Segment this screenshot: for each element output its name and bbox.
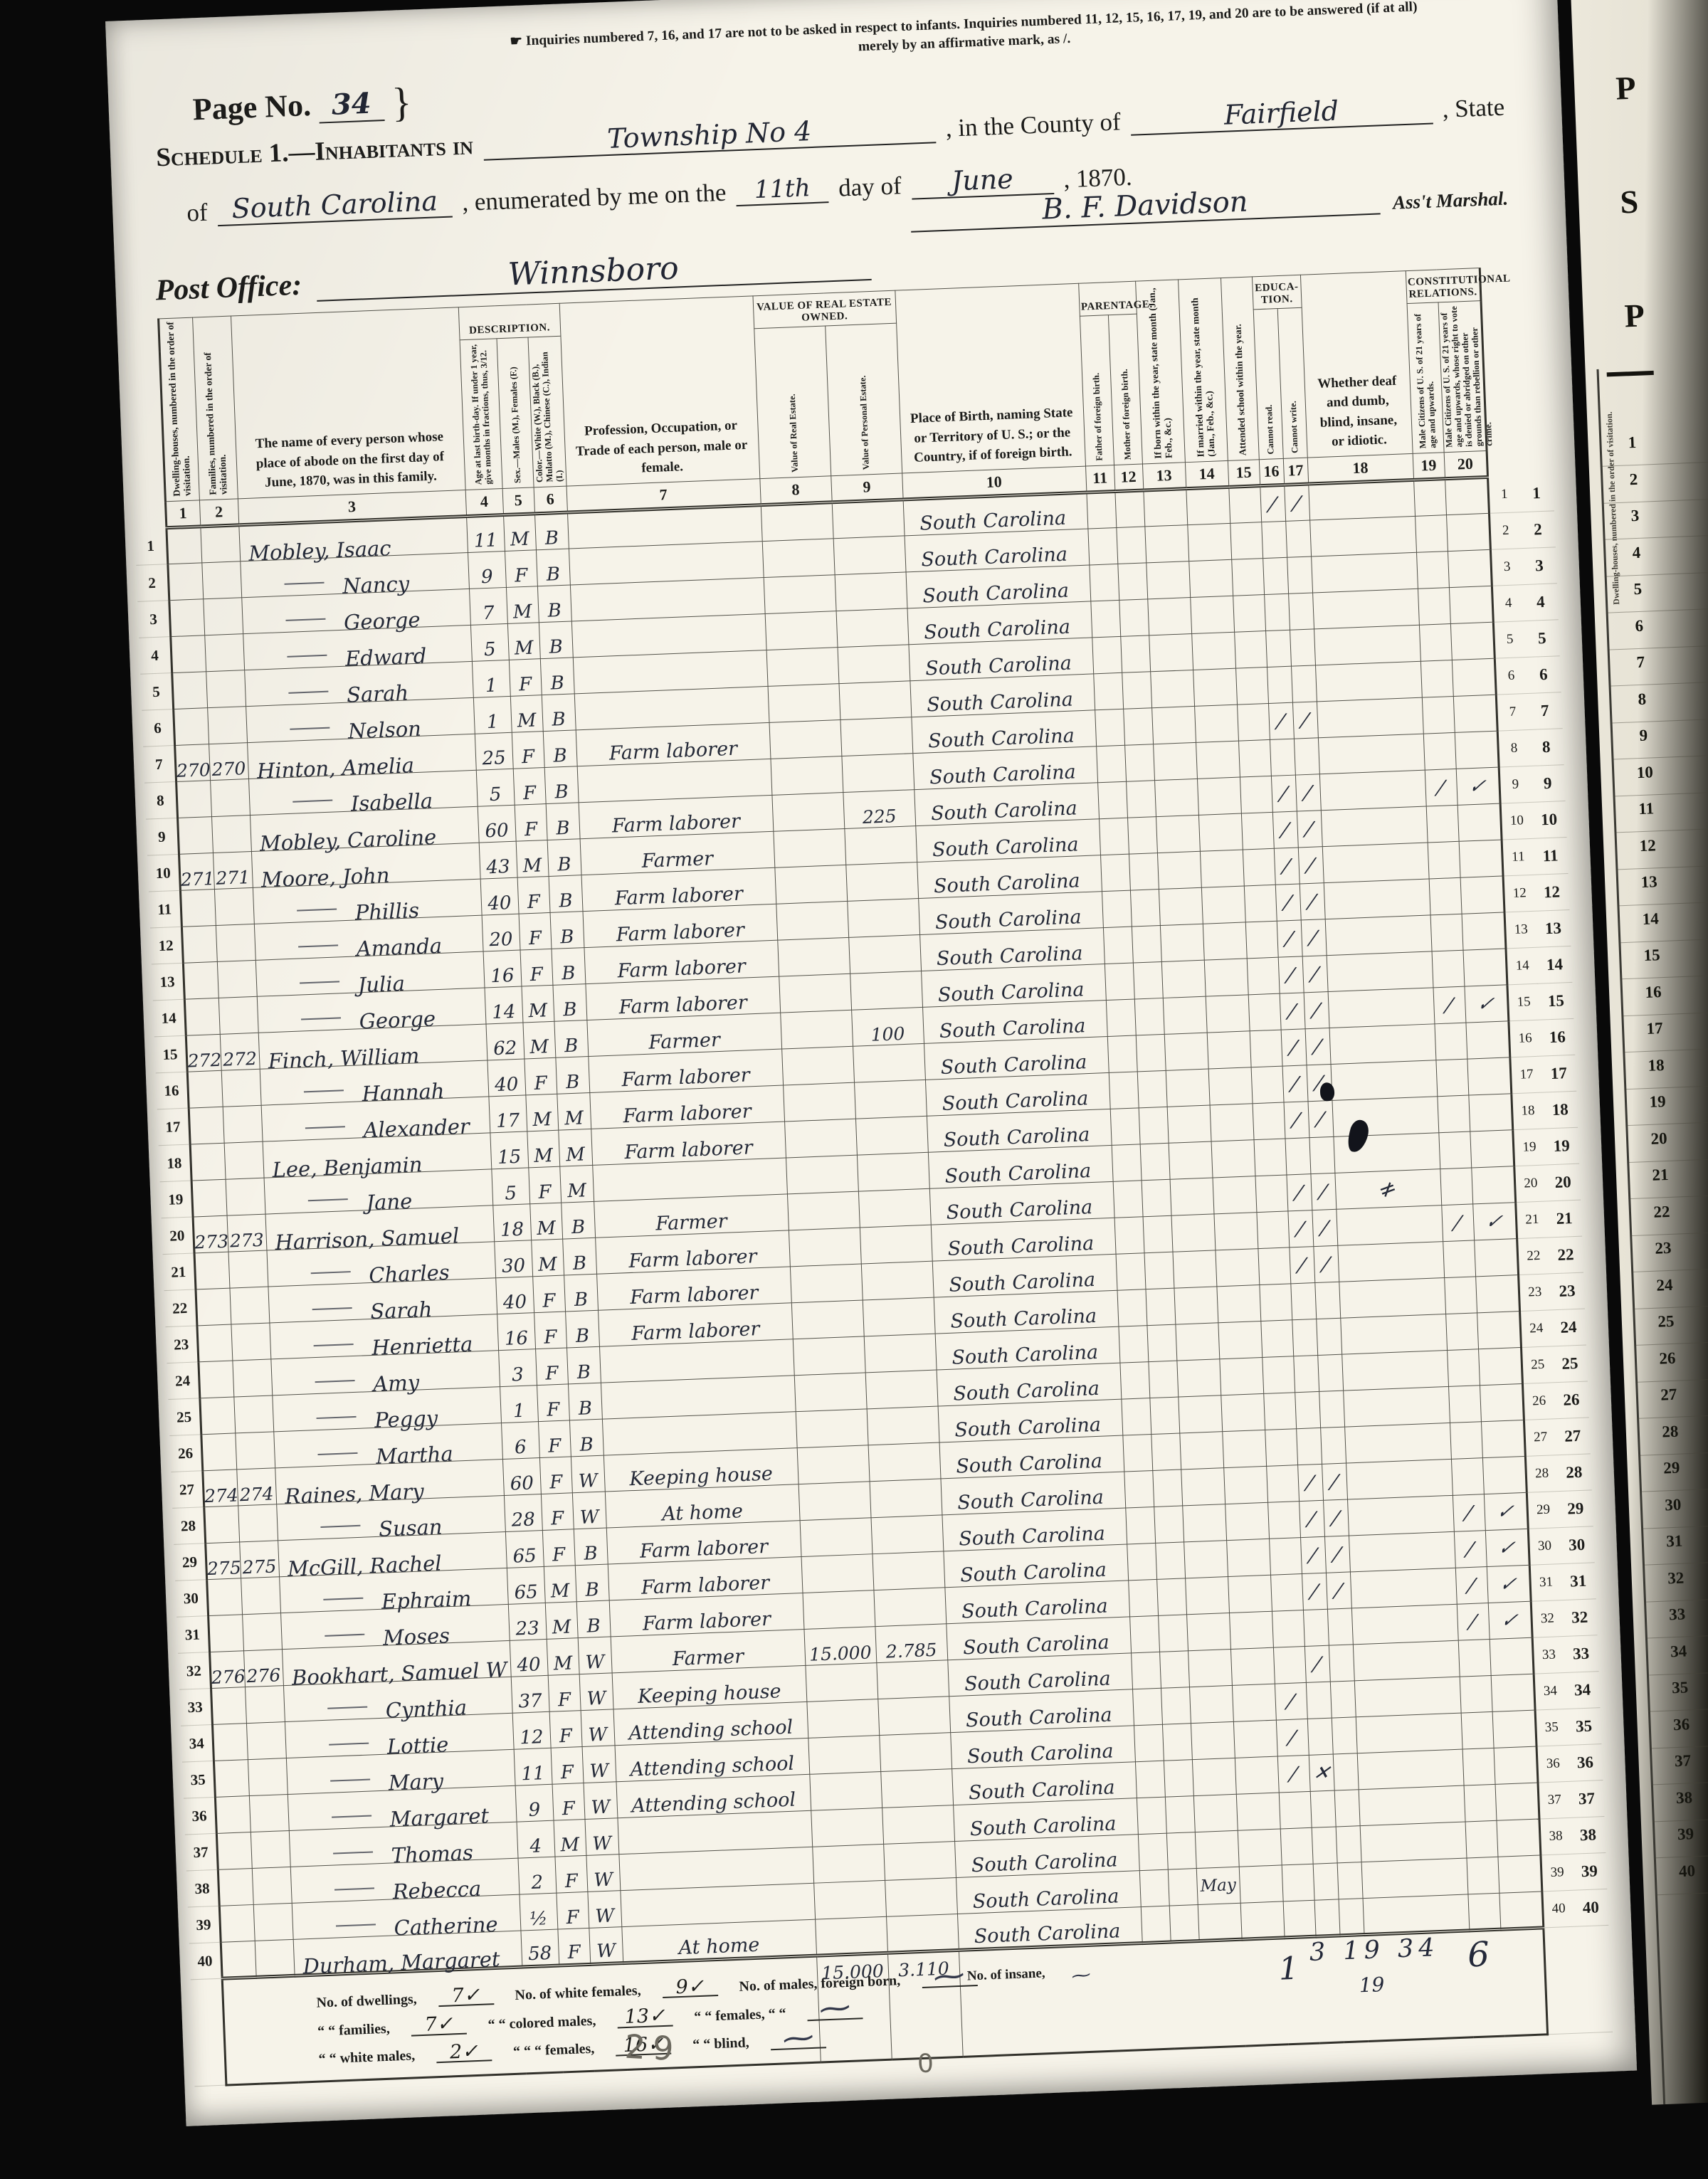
real-estate-value [805, 1663, 877, 1702]
birthplace-cell: South Carolina [921, 964, 1106, 1008]
father-foreign-cell [1117, 1289, 1147, 1326]
column-label: Families, numbered in the order of visit… [201, 320, 229, 495]
dwelling-number [219, 1904, 255, 1942]
row-number-right: 24 [1519, 1310, 1552, 1348]
male-citizen-cell: / [1453, 1494, 1485, 1532]
column-header-14: If married within the year, state month … [1178, 278, 1228, 463]
real-estate-value [769, 720, 842, 759]
row-number-left: 17 [157, 1108, 190, 1146]
dwelling-number [208, 1615, 243, 1652]
family-number [210, 779, 250, 817]
dwelling-number [196, 1324, 232, 1362]
adjacent-page-row-number: 19 [1639, 1092, 1677, 1112]
personal-estate-value [863, 1297, 935, 1336]
vote-denied-cell: ✓ [1488, 1601, 1532, 1639]
adjacent-page-row-line [1613, 788, 1708, 796]
father-foreign-cell [1121, 1398, 1151, 1435]
row-number-left: 2 [136, 564, 169, 602]
color-cell: W [584, 1782, 618, 1820]
father-foreign-cell [1114, 1217, 1144, 1254]
county-field: Fairfield [1130, 92, 1433, 136]
age-cell: 40 [495, 1277, 534, 1314]
father-foreign-cell [1089, 564, 1119, 601]
color-cell: B [550, 912, 584, 949]
tick-mark: / [1291, 1109, 1302, 1131]
cannot-read-cell: / [1268, 702, 1294, 739]
born-month-cell [1179, 1432, 1223, 1470]
tick-mark: / [1329, 1470, 1340, 1493]
tick-mark: / [1267, 493, 1278, 516]
row-number-left: 34 [181, 1725, 213, 1763]
attended-school-cell [1240, 776, 1272, 813]
real-estate-value [779, 974, 851, 1013]
mother-foreign-cell [1114, 490, 1144, 527]
row-number-right: 39 [1540, 1854, 1573, 1892]
sex-cell: M [507, 623, 540, 660]
father-foreign-cell [1110, 1108, 1140, 1145]
birthplace-cell: South Carolina [929, 1181, 1114, 1225]
dwelling-number [216, 1832, 252, 1870]
row-number-far-right: 22 [1548, 1236, 1583, 1274]
color-cell: B [561, 1201, 595, 1239]
vote-denied-cell [1448, 549, 1492, 587]
family-number [217, 960, 257, 998]
row-number-far-right: 23 [1549, 1272, 1585, 1310]
sex-cell: M [516, 840, 549, 878]
born-month-cell [1198, 1903, 1242, 1941]
ditto-mark [333, 1851, 373, 1854]
real-estate-value [800, 1518, 873, 1557]
vote-denied-cell [1480, 1383, 1524, 1421]
sex-cell: F [538, 1420, 571, 1458]
birthplace-cell: South Carolina [931, 1218, 1116, 1261]
real-estate-value [768, 684, 840, 723]
check-mark: ✓ [1484, 1210, 1504, 1233]
tick-mark: / [1308, 927, 1319, 949]
father-foreign-cell [1127, 1543, 1156, 1580]
vote-denied-cell [1490, 1637, 1534, 1675]
adjacent-page-row-line [1644, 1594, 1708, 1602]
birthplace-cell: South Carolina [951, 1762, 1137, 1805]
mother-foreign-cell [1130, 890, 1160, 927]
dwelling-number: 273 [193, 1215, 228, 1253]
row-number-left: 14 [153, 999, 186, 1037]
sex-cell: F [552, 1783, 585, 1821]
column-group-header: Educa­tion. [1252, 275, 1302, 310]
dwelling-number: 270 [174, 744, 210, 782]
real-estate-value [761, 502, 833, 542]
summary-value: ∼ [770, 2030, 826, 2050]
vote-denied-cell: ✓ [1472, 1203, 1517, 1240]
age-cell: 5 [470, 623, 509, 661]
real-estate-value [811, 1808, 883, 1847]
color-cell: B [574, 1528, 608, 1566]
ditto-mark [330, 1779, 370, 1782]
row-number-right: 36 [1536, 1745, 1569, 1783]
summary-value: 7✓ [411, 2015, 467, 2036]
summary-label: “ “ families, [317, 2020, 390, 2040]
cannot-write-cell: / [1313, 1245, 1339, 1282]
cannot-read-cell [1290, 1283, 1316, 1320]
vote-denied-cell: ✓ [1456, 767, 1500, 805]
row-number-left: 13 [152, 963, 184, 1001]
sex-cell: F [517, 876, 550, 914]
cannot-write-cell [1334, 1790, 1360, 1827]
ditto-mark [290, 727, 330, 730]
sex-cell: F [505, 550, 537, 588]
row-number-far-right: 28 [1556, 1454, 1592, 1492]
birthplace-cell: South Carolina [950, 1726, 1135, 1769]
personal-estate-value [838, 645, 910, 684]
column-header-6: Color.—White (W.), Black (B.), Mulatto (… [527, 336, 566, 487]
age-cell: 18 [492, 1204, 531, 1242]
birthplace-cell: South Carolina [919, 928, 1105, 971]
column-number-1: 1 [165, 500, 200, 528]
mother-foreign-cell [1165, 1796, 1195, 1833]
mother-foreign-cell [1162, 1724, 1192, 1761]
row-number-left: 8 [144, 781, 177, 819]
person-name-text: Amanda [356, 934, 442, 961]
personal-estate-value [847, 899, 919, 938]
married-month-cell [1221, 1393, 1265, 1431]
row-number-left: 36 [184, 1797, 216, 1835]
adjacent-page-row-number: 17 [1636, 1019, 1674, 1039]
column-label: Dwelling-houses, numbered in the order o… [165, 321, 194, 497]
adjacent-page-row-line [1651, 1777, 1708, 1785]
row-number-right: 17 [1509, 1056, 1542, 1094]
post-office-label: Post Office: [155, 268, 302, 308]
attended-school-cell [1260, 1320, 1293, 1358]
person-name-text: Alexander [363, 1114, 470, 1143]
personal-estate-value [877, 1697, 950, 1736]
personal-estate-value [845, 862, 918, 902]
column-label: If married within the year, state month … [1188, 282, 1217, 458]
adjacent-page-row-number: 14 [1632, 909, 1670, 929]
personal-estate-value [833, 536, 906, 575]
mother-foreign-cell [1127, 817, 1157, 854]
birthplace-cell: South Carolina [927, 1109, 1112, 1152]
sex-cell: F [512, 732, 544, 769]
row-number-far-right: 7 [1527, 692, 1563, 730]
adjacent-page-row-line [1630, 1228, 1708, 1235]
age-cell: 62 [485, 1023, 524, 1060]
township-field: Township No 4 [483, 110, 937, 160]
adjacent-page-row-line [1612, 751, 1708, 759]
row-number-right: 34 [1534, 1672, 1566, 1710]
dwelling-number [180, 890, 216, 927]
cannot-write-cell [1320, 1427, 1346, 1464]
ditto-mark [284, 582, 324, 585]
dwelling-number [183, 961, 218, 999]
row-number-left: 22 [164, 1289, 197, 1327]
attended-school-cell [1282, 1864, 1314, 1901]
family-number: 271 [213, 851, 253, 889]
cannot-read-cell: / [1286, 1174, 1312, 1211]
attended-school-cell [1265, 1429, 1297, 1467]
row-number-far-right: 30 [1559, 1526, 1595, 1564]
cannot-write-cell: / [1298, 847, 1324, 884]
born-month-cell [1150, 670, 1194, 708]
column-number-17: 17 [1283, 458, 1308, 485]
deaf-dumb-cell [1325, 915, 1432, 956]
row-number-left: 30 [175, 1580, 208, 1618]
real-estate-value [813, 1880, 886, 1919]
mother-foreign-cell [1146, 1324, 1176, 1361]
cannot-read-cell: / [1289, 1247, 1314, 1284]
color-cell: M [559, 1165, 594, 1203]
dwelling-number [176, 781, 211, 818]
row-number-right: 1 [1487, 476, 1520, 514]
real-estate-value [797, 1445, 870, 1484]
dwelling-number [187, 1070, 223, 1108]
adjacent-page-row-line [1648, 1704, 1708, 1711]
color-cell: B [565, 1310, 599, 1348]
cannot-read-cell: / [1271, 775, 1297, 812]
person-name-text: Jane [366, 1189, 413, 1215]
row-number-left: 16 [156, 1072, 189, 1109]
sex-cell: F [509, 659, 542, 697]
mother-foreign-cell [1158, 1615, 1188, 1652]
real-estate-value [793, 1336, 865, 1376]
age-cell: 4 [517, 1820, 555, 1858]
row-number-far-right: 3 [1522, 547, 1557, 585]
cannot-read-cell: / [1304, 1645, 1330, 1682]
row-number-right: 22 [1517, 1238, 1549, 1275]
family-number [200, 525, 240, 563]
birthplace-cell: South Carolina [940, 1472, 1125, 1515]
sex-cell: M [545, 1602, 578, 1640]
deaf-dumb-cell [1327, 951, 1433, 992]
family-number [241, 1577, 280, 1615]
deaf-dumb-cell [1353, 1640, 1460, 1681]
male-citizen-cell [1432, 950, 1465, 988]
male-citizen-cell [1426, 805, 1459, 843]
row-number-right: 31 [1529, 1564, 1562, 1602]
color-cell: W [578, 1637, 612, 1674]
family-number [226, 1178, 265, 1215]
married-month-cell [1208, 1067, 1253, 1105]
person-name-text: Phillis [354, 898, 419, 924]
father-foreign-cell [1124, 1471, 1154, 1508]
column-group-header: Description. [458, 303, 561, 339]
color-cell: M [558, 1129, 592, 1166]
dwelling-number: 276 [209, 1651, 245, 1689]
deaf-dumb-cell [1344, 1423, 1451, 1463]
deaf-dumb-cell [1356, 1713, 1462, 1753]
row-number-right: 13 [1504, 911, 1537, 949]
column-label: Cannot write. [1288, 401, 1300, 453]
dwelling-number [198, 1361, 233, 1398]
dwelling-number: 271 [179, 853, 214, 891]
ditto-mark [325, 1634, 364, 1637]
birthplace-cell: South Carolina [946, 1617, 1131, 1660]
cannot-write-cell: / [1304, 992, 1329, 1029]
ditto-mark [315, 1380, 354, 1383]
row-number-far-right: 13 [1536, 909, 1571, 947]
adjacent-page-row-number: 26 [1648, 1349, 1686, 1368]
summary-label: “ “ colored males, [487, 2012, 596, 2033]
real-estate-value [794, 1373, 867, 1412]
age-cell: 12 [512, 1711, 551, 1749]
mother-foreign-cell [1139, 1107, 1169, 1144]
vote-denied-cell: ✓ [1484, 1492, 1528, 1530]
tick-mark: / [1287, 1726, 1298, 1749]
row-number-far-right: 4 [1523, 584, 1559, 621]
personal-estate-value [844, 826, 917, 865]
row-number-right: 12 [1503, 875, 1536, 912]
deaf-dumb-cell [1315, 661, 1422, 702]
row-number-far-right: 9 [1530, 765, 1566, 803]
born-month-cell [1170, 1178, 1214, 1215]
tick-mark: / [1294, 1181, 1305, 1204]
column-header-10: Place of Birth, naming State or Territor… [895, 283, 1085, 473]
sex-cell: M [531, 1239, 564, 1277]
attended-school-cell [1243, 848, 1275, 886]
brace-glyph: } [391, 79, 412, 126]
tick-mark: / [1466, 1574, 1477, 1597]
birthplace-cell: South Carolina [935, 1326, 1120, 1370]
birthplace-cell: South Carolina [912, 746, 1097, 790]
row-number-right: 6 [1494, 658, 1527, 695]
personal-estate-value [882, 1805, 954, 1845]
vote-denied-cell [1475, 1275, 1519, 1313]
sex-cell: M [521, 985, 554, 1023]
mother-foreign-cell [1124, 744, 1154, 781]
male-citizen-cell [1465, 1820, 1498, 1858]
attended-school-cell [1235, 668, 1268, 705]
adjacent-page-row-number: 27 [1650, 1385, 1687, 1405]
married-month-cell [1236, 1793, 1280, 1830]
row-number-far-right: 12 [1534, 873, 1570, 911]
adjacent-page-row-number: 38 [1665, 1788, 1703, 1808]
row-number-left: 7 [143, 746, 176, 784]
tick-mark: / [1315, 1108, 1327, 1131]
state-field: South Carolina [217, 185, 453, 227]
person-name-text: Julia [357, 971, 405, 998]
color-cell: B [537, 585, 571, 623]
color-cell: B [566, 1346, 601, 1384]
real-estate-value [777, 937, 850, 976]
cannot-read-cell: / [1278, 956, 1304, 993]
ditto-mark [292, 800, 332, 803]
sex-cell: M [506, 586, 539, 624]
deaf-dumb-cell [1312, 589, 1419, 629]
mother-foreign-cell [1145, 1288, 1175, 1325]
age-cell: 16 [483, 950, 522, 988]
father-foreign-cell [1119, 1362, 1149, 1399]
dwelling-number [213, 1760, 249, 1798]
age-cell: 1 [472, 660, 510, 697]
column-number-18: 18 [1307, 453, 1413, 484]
row-number-right: 37 [1538, 1781, 1571, 1819]
person-name-text: Amy [373, 1370, 420, 1395]
age-cell: 37 [511, 1675, 549, 1713]
male-citizen-cell [1462, 1748, 1495, 1785]
adjacent-page-row-number: 12 [1629, 835, 1667, 855]
age-cell: 7 [469, 587, 507, 625]
family-number [248, 1758, 288, 1796]
mother-foreign-cell [1151, 1433, 1181, 1470]
cannot-write-cell [1333, 1753, 1359, 1790]
male-citizen-cell [1423, 732, 1456, 770]
cannot-read-cell [1262, 557, 1288, 594]
age-cell: 9 [515, 1784, 554, 1822]
real-estate-value [809, 1771, 882, 1810]
married-month-cell [1219, 1357, 1263, 1395]
dwelling-number [166, 527, 201, 564]
row-number-far-right: 21 [1546, 1200, 1582, 1238]
day-field: 11th [735, 173, 829, 206]
mother-foreign-cell [1129, 853, 1159, 890]
row-number-far-right: 25 [1552, 1345, 1588, 1383]
summary-value: 7✓ [438, 1986, 494, 2007]
mother-foreign-cell [1119, 599, 1149, 636]
father-foreign-cell [1131, 1652, 1161, 1689]
person-name-text: Nelson [347, 717, 421, 744]
married-month-cell [1240, 1901, 1285, 1939]
age-cell: ½ [519, 1893, 557, 1931]
real-estate-value [796, 1409, 868, 1448]
male-citizen-cell [1419, 624, 1452, 662]
adjacent-page-rule [1607, 371, 1654, 377]
person-name-text: Thomas [391, 1840, 473, 1867]
mother-foreign-cell [1164, 1760, 1193, 1797]
color-cell: B [534, 512, 569, 550]
cannot-write-cell [1336, 1826, 1361, 1863]
adjacent-page-row-line [1654, 1850, 1708, 1858]
color-cell: W [579, 1673, 613, 1711]
father-foreign-cell [1125, 1507, 1155, 1544]
born-month-cell [1157, 851, 1201, 889]
cannot-write-cell [1327, 1608, 1353, 1645]
born-month-cell [1195, 1830, 1239, 1868]
family-number: 276 [243, 1650, 283, 1687]
born-month-cell: May [1196, 1867, 1240, 1904]
sex-cell: F [534, 1312, 566, 1349]
born-month-cell [1192, 1758, 1236, 1795]
row-number-left: 1 [135, 528, 167, 566]
column-label: If born within the year, state month (Ja… [1146, 283, 1174, 459]
personal-estate-value [858, 1188, 931, 1228]
summary-gutter-right [1543, 1926, 1578, 2035]
row-number-far-right: 34 [1565, 1672, 1601, 1709]
row-number-far-right: 8 [1529, 729, 1564, 766]
person-name-text: Catherine [394, 1912, 498, 1941]
dwelling-number: 275 [205, 1542, 241, 1580]
vote-denied-cell [1468, 1094, 1512, 1131]
adjacent-page-row-line [1614, 825, 1708, 833]
color-cell: B [542, 694, 576, 732]
column-number-16: 16 [1259, 458, 1284, 485]
color-cell: W [587, 1891, 621, 1929]
adjacent-page-row-line [1633, 1301, 1708, 1309]
color-cell: B [546, 803, 580, 840]
personal-estate-value [864, 1334, 937, 1373]
column-header-2: Families, numbered in the order of visit… [192, 316, 238, 500]
cannot-write-cell [1290, 629, 1315, 666]
age-cell: 11 [466, 515, 505, 553]
vote-denied-cell [1446, 513, 1490, 551]
attended-school-cell [1238, 739, 1271, 777]
adjacent-page-row-number: 21 [1642, 1165, 1680, 1185]
married-month-cell [1190, 596, 1234, 633]
family-number [207, 707, 247, 744]
adjacent-page-row-number: 36 [1662, 1714, 1700, 1734]
born-month-cell [1178, 1395, 1222, 1433]
color-cell: B [575, 1564, 609, 1602]
married-month-cell [1225, 1502, 1269, 1540]
tick-mark: / [1281, 855, 1292, 877]
